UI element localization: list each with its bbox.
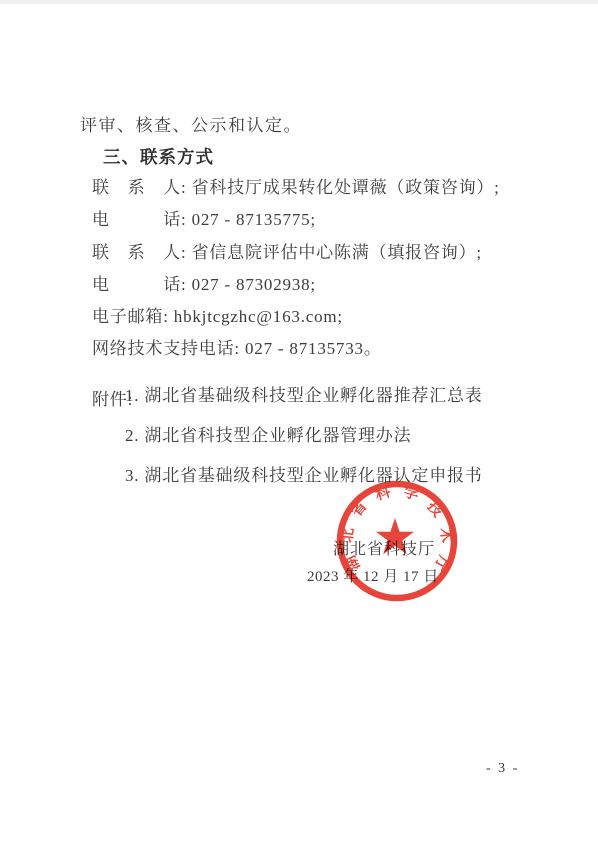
star-icon	[376, 518, 414, 554]
contact-line-support: 网络技术支持电话: 027 - 87135733。	[92, 333, 500, 365]
body-text-line: 评审、核查、公示和认定。	[80, 111, 302, 136]
document-page: 评审、核查、公示和认定。 三、联系方式 联 系 人: 省科技厅成果转化处谭薇（政…	[0, 0, 598, 843]
contact-line-email: 电子邮箱: hbkjtcgzhc@163.com;	[92, 301, 500, 333]
contact-line-person2: 联 系 人: 省信息院评估中心陈满（填报咨询）;	[92, 237, 500, 269]
section-heading: 三、联系方式	[103, 144, 214, 169]
official-seal: 湖北省科学技术厅	[325, 470, 470, 615]
attachment-item: 1. 湖北省基础级科技型企业孵化器推荐汇总表	[125, 385, 483, 416]
contact-block: 联 系 人: 省科技厅成果转化处谭薇（政策咨询）; 电 话: 027 - 871…	[92, 172, 500, 366]
page-top-edge	[0, 0, 598, 4]
attachment-item: 2. 湖北省科技型企业孵化器管理办法	[125, 425, 483, 456]
contact-line-phone2: 电 话: 027 - 87302938;	[92, 269, 500, 301]
page-number: - 3 -	[486, 761, 519, 777]
contact-line-phone1: 电 话: 027 - 87135775;	[92, 204, 500, 236]
contact-line-person1: 联 系 人: 省科技厅成果转化处谭薇（政策咨询）;	[92, 172, 500, 204]
